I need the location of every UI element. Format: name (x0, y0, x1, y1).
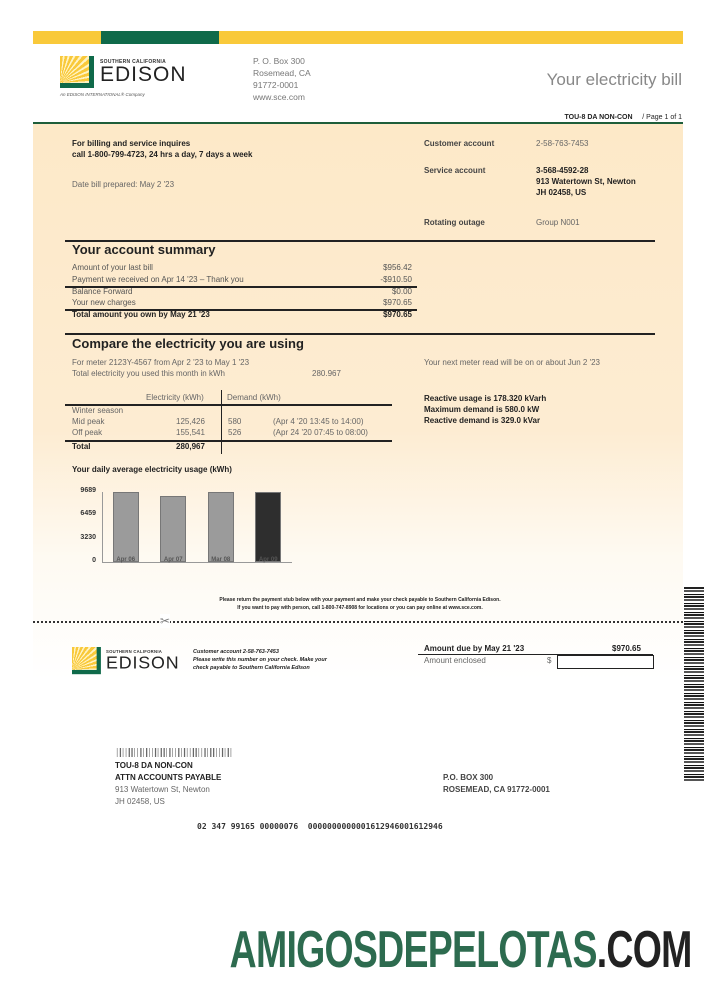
row-value: $970.65 (383, 298, 412, 307)
table-vertical-rule (221, 390, 222, 454)
total-usage-label: Total electricity you used this month in… (72, 368, 225, 379)
summary-row: Amount of your last bill$956.42 (72, 263, 412, 272)
watermark-suffix: .COM (597, 921, 692, 979)
company-logo: SOUTHERN CALIFORNIA EDISON (60, 56, 187, 88)
currency-symbol: $ (547, 655, 551, 666)
mailing-line: ATTN ACCOUNTS PAYABLE (115, 772, 221, 784)
y-tick-label: 3230 (72, 534, 96, 541)
amount-due-value: $970.65 (612, 643, 641, 654)
total-kwh: 280,967 (176, 441, 205, 452)
row-value: $0.00 (392, 287, 412, 296)
mailing-line: JH 02458, US (115, 796, 221, 808)
row-when: (Apr 4 '20 13:45 to 14:00) (273, 416, 363, 427)
service-address: JH 02458, US (536, 187, 636, 198)
logo-tagline: An EDISON INTERNATIONAL® Company (60, 92, 145, 97)
usage-chart: 9689645932300 Apr 06Apr 07Mar 08Apr 09 (72, 478, 292, 568)
service-account-number: 3-568-4592-28 (536, 165, 636, 176)
max-demand: Maximum demand is 580.0 kW (424, 404, 546, 415)
chart-bar (255, 492, 281, 562)
address-line: Rosemead, CA (253, 67, 311, 79)
payment-instructions: Please return the payment stub below wit… (150, 596, 570, 612)
chart-bar (208, 492, 234, 562)
y-tick-label: 0 (72, 557, 96, 564)
amount-due-label: Amount due by May 21 '23 (424, 643, 524, 654)
customer-account-value: 2-58-763-7453 (536, 138, 588, 149)
summary-row: Payment we received on Apr 14 '23 – Than… (72, 275, 412, 284)
rotating-outage-value: Group N001 (536, 217, 580, 228)
row-label: Total amount you own by May 21 '23 (72, 310, 210, 319)
chart-bar (113, 492, 139, 562)
summary-row: Your new charges$970.65 (72, 298, 412, 307)
page-indicator: / Page 1 of 1 (642, 114, 682, 121)
mailing-line: 913 Watertown St, Newton (115, 784, 221, 796)
stub-logo: SOUTHERN CALIFORNIA EDISON (72, 647, 180, 674)
y-tick-label: 9689 (72, 487, 96, 494)
stub-account-note: Customer account 2-58-763-7453 Please wr… (193, 648, 327, 672)
x-tick-label: Mar 08 (197, 557, 245, 563)
inquiries-line: For billing and service inquires (72, 138, 252, 149)
watermark: AMIGOSDEPELOTAS.COM (230, 920, 692, 980)
ocr-scan-line: 02 347 99165 00000076 000000000000161294… (197, 822, 443, 831)
summary-title: Your account summary (72, 242, 216, 257)
row-label: Mid peak (72, 416, 104, 427)
rate-page-info: TOU-8 DA NON-CON / Page 1 of 1 (565, 114, 683, 121)
x-tick-label: Apr 06 (102, 557, 150, 563)
company-address: P. O. Box 300 Rosemead, CA 91772-0001 ww… (253, 55, 311, 103)
section-divider (65, 333, 655, 335)
summary-row: Balance Forward$0.00 (72, 287, 412, 296)
watermark-main: AMIGOSDEPELOTAS (230, 921, 597, 979)
row-demand: 580 (228, 416, 241, 427)
total-label: Total (72, 441, 91, 452)
inquiries-phone: call 1-800-799-4723, 24 hrs a day, 7 day… (72, 149, 252, 160)
postal-barcode: │┃││┃┃││┃│┃││┃│┃┃│┃││┃│┃││┃┃││┃│┃┃││┃│┃│ (115, 748, 305, 757)
row-label: Your new charges (72, 298, 136, 307)
customer-account-label: Customer account (424, 138, 494, 149)
stub-note: check payable to Southern California Edi… (193, 664, 327, 672)
chart-bar (160, 496, 186, 562)
reactive-info: Reactive usage is 178.320 kVarh Maximum … (424, 393, 546, 426)
instruction-line: Please return the payment stub below wit… (150, 596, 570, 604)
side-barcode (684, 587, 704, 782)
row-label: Payment we received on Apr 14 '23 – Than… (72, 275, 244, 284)
remit-address: P.O. BOX 300 ROSEMEAD, CA 91772-0001 (443, 772, 550, 796)
row-when: (Apr 24 '20 07:45 to 08:00) (273, 427, 368, 438)
row-kwh: 155,541 (176, 427, 205, 438)
date-prepared: Date bill prepared: May 2 '23 (72, 179, 174, 190)
reactive-demand: Reactive demand is 329.0 kVar (424, 415, 546, 426)
mailing-line: TOU-8 DA NON-CON (115, 760, 221, 772)
row-label: Amount of your last bill (72, 263, 153, 272)
stub-note: Please write this number on your check. … (193, 656, 327, 664)
stub-account: Customer account 2-58-763-7453 (193, 648, 327, 656)
address-line: P. O. Box 300 (253, 55, 311, 67)
total-amount: $970.65 (383, 310, 412, 319)
row-kwh: 125,426 (176, 416, 205, 427)
tear-line (33, 621, 683, 623)
rotating-outage-label: Rotating outage (424, 217, 485, 228)
scissors-icon: ✂ (160, 614, 170, 628)
x-tick-label: Apr 07 (150, 557, 198, 563)
address-line: 91772-0001 (253, 79, 311, 91)
chart-title: Your daily average electricity usage (kW… (72, 464, 232, 475)
page-title: Your electricity bill (547, 70, 682, 90)
logo-name: EDISON (100, 65, 187, 85)
col-electricity: Electricity (kWh) (146, 392, 204, 403)
season-label: Winter season (72, 405, 123, 416)
mailing-address: TOU-8 DA NON-CON ATTN ACCOUNTS PAYABLE 9… (115, 760, 221, 808)
next-read: Your next meter read will be on or about… (424, 357, 600, 368)
remit-line: P.O. BOX 300 (443, 772, 550, 784)
service-account-value: 3-568-4592-28 913 Watertown St, Newton J… (536, 165, 636, 198)
amount-enclosed-input[interactable] (557, 655, 654, 669)
amount-enclosed-label: Amount enclosed (424, 655, 486, 666)
col-demand: Demand (kWh) (227, 392, 281, 403)
row-label: Balance Forward (72, 287, 132, 296)
x-tick-label: Apr 09 (245, 557, 293, 563)
header-divider (33, 122, 683, 124)
row-value: -$910.50 (380, 275, 412, 284)
total-usage-value: 280.967 (312, 368, 341, 379)
row-label: Off peak (72, 427, 102, 438)
sun-logo-icon (72, 647, 101, 674)
website-link[interactable]: www.sce.com (253, 91, 311, 103)
remit-line: ROSEMEAD, CA 91772-0001 (443, 784, 550, 796)
reactive-usage: Reactive usage is 178.320 kVarh (424, 393, 546, 404)
summary-total-row: Total amount you own by May 21 '23$970.6… (72, 310, 412, 319)
instruction-line: If you want to pay with person, call 1-8… (150, 604, 570, 612)
service-account-label: Service account (424, 165, 485, 176)
top-color-bar (33, 31, 683, 44)
meter-line: For meter 2123Y-4567 from Apr 2 '23 to M… (72, 357, 249, 368)
logo-name: EDISON (106, 655, 180, 672)
inquiries-text: For billing and service inquires call 1-… (72, 138, 252, 160)
compare-title: Compare the electricity you are using (72, 336, 304, 351)
row-value: $956.42 (383, 263, 412, 272)
row-demand: 526 (228, 427, 241, 438)
service-address: 913 Watertown St, Newton (536, 176, 636, 187)
sun-logo-icon (60, 56, 94, 88)
table-rule (65, 440, 392, 442)
rate-code: TOU-8 DA NON-CON (565, 114, 633, 121)
y-tick-label: 6459 (72, 510, 96, 517)
